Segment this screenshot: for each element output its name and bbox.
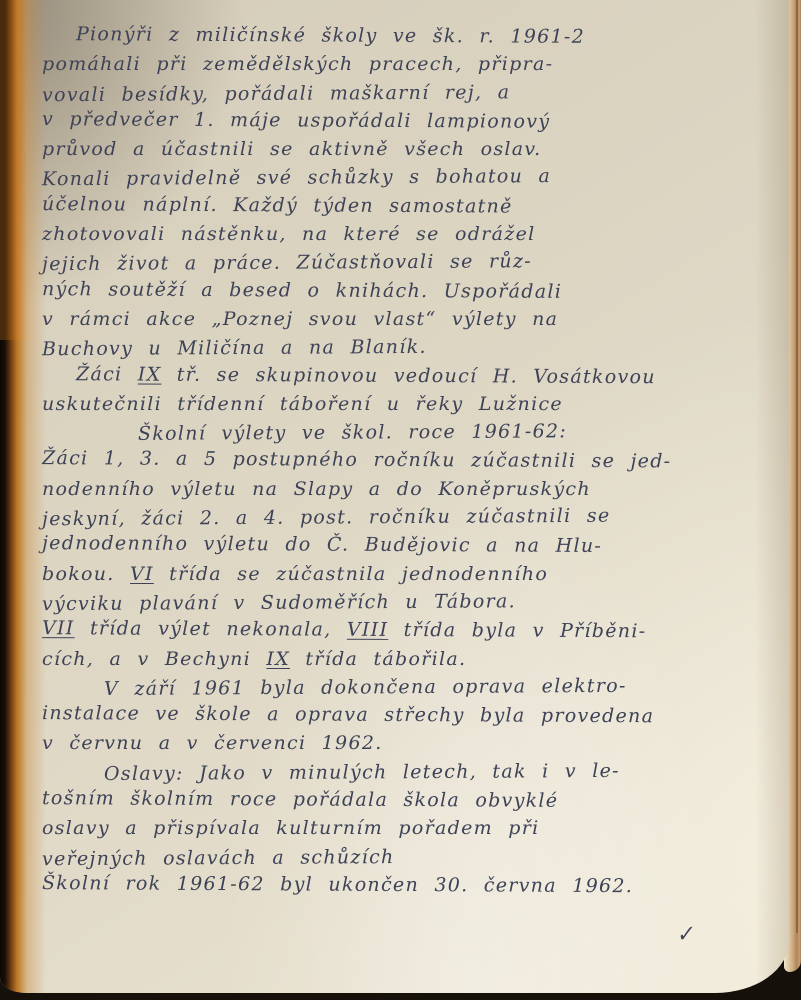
line-text: v rámci akce „Poznej svou vlast“ výlety … [42,308,558,330]
line-text: instalace ve škole a oprava střechy byla… [42,702,654,727]
manuscript-text: Pionýři z miličínské školy ve šk. r. 196… [42,22,764,899]
line-text: průvod a účastnili se aktivně všech osla… [42,138,542,160]
line-text: Oslavy: Jako v minulých letech, tak i v … [104,760,620,785]
line-text: výcviku plavání v Sudoměřích u Tábora. [42,590,516,615]
line-text: Pionýři z miličínské školy ve šk. r. 196… [76,23,585,48]
line-text: uskutečnili třídenní táboření u řeky Luž… [42,393,563,415]
line-text: nodenního výletu na Slapy a do Koněprusk… [42,478,591,500]
handwritten-line: vovali besídky, pořádali maškarní rej, a [42,76,764,109]
handwritten-line: nodenního výletu na Slapy a do Koněprusk… [42,475,764,503]
handwritten-line: Žáci IX tř. se skupinovou vedoucí H. Vos… [76,360,764,392]
line-text: oslavy a přispívala kulturním pořadem př… [42,817,540,839]
handwritten-line: jednodenního výletu do Č. Budějovic a na… [42,529,764,561]
line-text: Školní rok 1961-62 byl ukončen 30. červn… [42,872,633,897]
handwritten-line: cích, a v Bechyni IX třída tábořila. [42,645,764,673]
handwritten-line: Pionýři z miličínské školy ve šk. r. 196… [76,20,764,52]
handwritten-line: bokou. VI třída se zúčastnila jednodenní… [42,560,764,588]
handwritten-line: tošním školním roce pořádala škola obvyk… [42,784,764,816]
handwritten-line: průvod a účastnili se aktivně všech osla… [42,135,764,163]
manuscript-page: Pionýři z miličínské školy ve šk. r. 196… [0,0,789,993]
line-text: třída tábořila. [290,648,466,670]
handwritten-line: jeskyní, žáci 2. a 4. post. ročníku zúča… [42,501,764,534]
line-text: Buchovy u Miličína a na Blaník. [42,336,427,360]
line-text: cích, a v Bechyni [42,648,266,670]
line-text: třída se zúčastnila jednodenního [154,563,548,585]
line-text: V září 1961 byla dokončena oprava elektr… [104,675,627,700]
book-binding-edge [0,0,46,993]
handwritten-line: oslavy a přispívala kulturním pořadem př… [42,814,764,842]
handwritten-line: zhotovovali nástěnku, na které se odráže… [42,220,764,248]
handwritten-line: v rámci akce „Poznej svou vlast“ výlety … [42,305,764,333]
binding-edge-glow [0,0,40,340]
handwritten-line: VII třída výlet nekonala, VIII třída byl… [42,614,764,646]
line-text: v předvečer 1. máje uspořádali lampionov… [42,108,550,133]
handwritten-line: Žáci 1, 3. a 5 postupného ročníku zúčast… [42,445,764,477]
handwritten-line: účelnou náplní. Každý týden samostatně [42,190,764,222]
handwritten-line: jejich život a práce. Zúčastňovali se rů… [42,246,764,279]
line-text: tř. se skupinovou vedoucí H. Vosátkovou [161,363,655,388]
line-text: vovali besídky, pořádali maškarní rej, a [42,81,510,106]
line-text: jednodenního výletu do Č. Budějovic a na… [42,532,602,557]
line-text: Žáci [76,363,138,385]
line-text: Školní výlety ve škol. roce 1961-62: [138,420,567,445]
handwritten-line: Školní rok 1961-62 byl ukončen 30. červn… [42,869,764,901]
underlined-roman-numeral: VI [130,563,154,585]
line-text: Žáci 1, 3. a 5 postupného ročníku zúčast… [42,448,672,473]
line-text: v červnu a v červenci 1962. [42,732,383,754]
line-text: třída výlet nekonala, [75,618,347,641]
underlined-roman-numeral: VIII [347,619,389,641]
handwritten-line: v předvečer 1. máje uspořádali lampionov… [42,105,764,137]
line-text: jeskyní, žáci 2. a 4. post. ročníku zúča… [42,505,611,530]
line-text: pomáhali při zemědělských pracech, připr… [42,53,553,75]
handwritten-line: v červnu a v červenci 1962. [42,729,764,757]
line-text: účelnou náplní. Každý týden samostatně [42,193,513,217]
handwritten-line: Oslavy: Jako v minulých letech, tak i v … [104,756,764,788]
handwritten-line: výcviku plavání v Sudoměřích u Tábora. [42,586,764,619]
handwritten-line: Buchovy u Miličína a na Blaník. [42,331,764,364]
line-text: ných soutěží a besed o knihách. Uspořáda… [42,278,562,303]
line-text: zhotovovali nástěnku, na které se odráže… [42,223,536,245]
underlined-roman-numeral: IX [266,648,290,670]
handwritten-line: Školní výlety ve škol. roce 1961-62: [138,416,764,448]
handwritten-line: ných soutěží a besed o knihách. Uspořáda… [42,275,764,307]
line-text: třída byla v Příběni- [388,619,646,642]
line-text: jejich život a práce. Zúčastňovali se rů… [42,251,532,276]
handwritten-line: V září 1961 byla dokončena oprava elektr… [104,671,764,703]
line-text: bokou. [42,563,130,585]
handwritten-line: veřejných oslavách a schůzích [42,840,764,873]
checkmark-annotation: ✓ [674,921,695,947]
underlined-roman-numeral: IX [138,363,162,385]
handwritten-line: instalace ve škole a oprava střechy byla… [42,699,764,731]
line-text: Konali pravidelně své schůzky s bohatou … [42,166,551,191]
handwritten-line: Konali pravidelně své schůzky s bohatou … [42,161,764,194]
page-edge-line [796,0,798,933]
handwritten-line: pomáhali při zemědělských pracech, připr… [42,50,764,78]
underlined-roman-numeral: VII [42,617,75,639]
line-text: veřejných oslavách a schůzích [42,846,395,870]
line-text: tošním školním roce pořádala škola obvyk… [42,787,558,812]
handwritten-line: uskutečnili třídenní táboření u řeky Luž… [42,390,764,418]
